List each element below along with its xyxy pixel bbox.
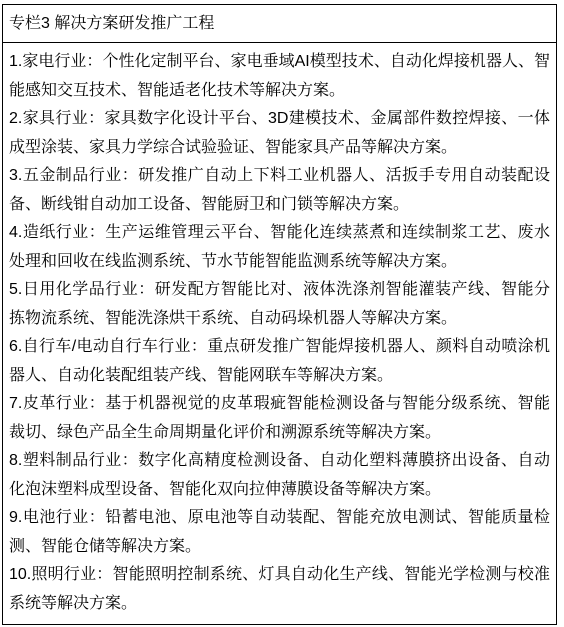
panel-title-row: 专栏3 解决方案研发推广工程 — [3, 5, 556, 43]
industry-item-battery: 9.电池行业：铅蓄电池、原电池等自动装配、智能充放电测试、智能质量检测、智能仓储… — [9, 504, 550, 561]
solution-program-panel: 专栏3 解决方案研发推广工程 1.家电行业：个性化定制平台、家电垂域AI模型技术… — [2, 4, 557, 625]
industry-item-home-appliance: 1.家电行业：个性化定制平台、家电垂域AI模型技术、自动化焊接机器人、智能感知交… — [9, 48, 550, 105]
industry-item-daily-chemical: 5.日用化学品行业：研发配方智能比对、液体洗涤剂智能灌装产线、智能分拣物流系统、… — [9, 276, 550, 333]
industry-item-plastic: 8.塑料制品行业：数字化高精度检测设备、自动化塑料薄膜挤出设备、自动化泡沫塑料成… — [9, 447, 550, 504]
industry-item-lighting: 10.照明行业：智能照明控制系统、灯具自动化生产线、智能光学检测与校准系统等解决… — [9, 561, 550, 618]
industry-item-hardware: 3.五金制品行业：研发推广自动上下料工业机器人、活扳手专用自动装配设备、断线钳自… — [9, 162, 550, 219]
industry-item-bicycle: 6.自行车/电动自行车行业：重点研发推广智能焊接机器人、颜料自动喷涂机器人、自动… — [9, 333, 550, 390]
panel-title: 专栏3 解决方案研发推广工程 — [9, 16, 214, 32]
panel-body: 1.家电行业：个性化定制平台、家电垂域AI模型技术、自动化焊接机器人、智能感知交… — [3, 43, 556, 624]
industry-item-leather: 7.皮革行业：基于机器视觉的皮革瑕疵智能检测设备与智能分级系统、智能裁切、绿色产… — [9, 390, 550, 447]
industry-item-furniture: 2.家具行业：家具数字化设计平台、3D建模技术、金属部件数控焊接、一体成型涂装、… — [9, 105, 550, 162]
industry-item-papermaking: 4.造纸行业：生产运维管理云平台、智能化连续蒸煮和连续制浆工艺、废水处理和回收在… — [9, 219, 550, 276]
